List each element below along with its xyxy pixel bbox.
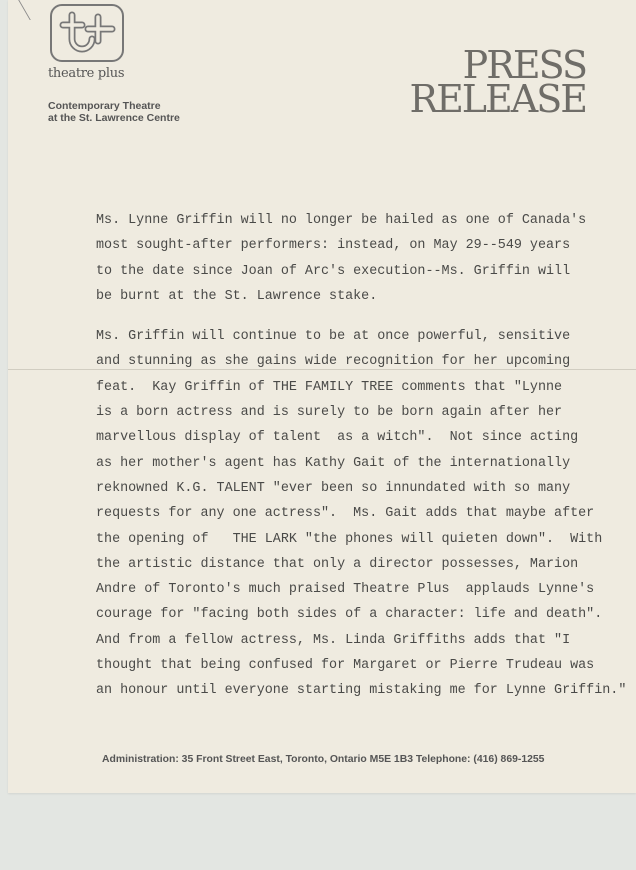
body-line: Ms. Lynne Griffin will no longer be hail… [96,208,616,233]
org-line-1: Contemporary Theatre [48,100,180,112]
body-line: most sought-after performers: instead, o… [96,233,616,258]
body-paragraph: Ms. Griffin will continue to be at once … [96,324,616,703]
body-line: Ms. Griffin will continue to be at once … [96,324,616,349]
logo-wordmark: theatre plus [48,66,124,81]
body-line: reknowned K.G. TALENT "ever been so innu… [96,476,616,501]
body-line: marvellous display of talent as a witch"… [96,425,616,450]
organization-info: Contemporary Theatre at the St. Lawrence… [48,100,180,124]
org-line-2: at the St. Lawrence Centre [48,112,180,124]
body-line: thought that being confused for Margaret… [96,653,616,678]
body-line: courage for "facing both sides of a char… [96,602,616,627]
body-line: is a born actress and is surely to be bo… [96,400,616,425]
body-line: and stunning as she gains wide recogniti… [96,349,616,374]
body-line: to the date since Joan of Arc's executio… [96,259,616,284]
body-line: be burnt at the St. Lawrence stake. [96,284,616,309]
body-line: an honour until everyone starting mistak… [96,678,616,703]
body-line: the artistic distance that only a direct… [96,552,616,577]
footer-address: Administration: 35 Front Street East, To… [102,754,544,765]
t-plus-glyph-icon [58,9,116,57]
body-line: And from a fellow actress, Ms. Linda Gri… [96,628,616,653]
release-body: Ms. Lynne Griffin will no longer be hail… [96,208,616,719]
body-line: Andre of Toronto's much praised Theatre … [96,577,616,602]
heading-line-2: RELEASE [409,82,586,116]
body-paragraph: Ms. Lynne Griffin will no longer be hail… [96,208,616,309]
body-line: as her mother's agent has Kathy Gait of … [96,451,616,476]
body-line: the opening of THE LARK "the phones will… [96,527,616,552]
body-line: feat. Kay Griffin of THE FAMILY TREE com… [96,375,616,400]
body-line: requests for any one actress". Ms. Gait … [96,501,616,526]
theatre-plus-logo-icon [50,4,124,62]
press-release-heading: PRESS RELEASE [409,48,586,116]
